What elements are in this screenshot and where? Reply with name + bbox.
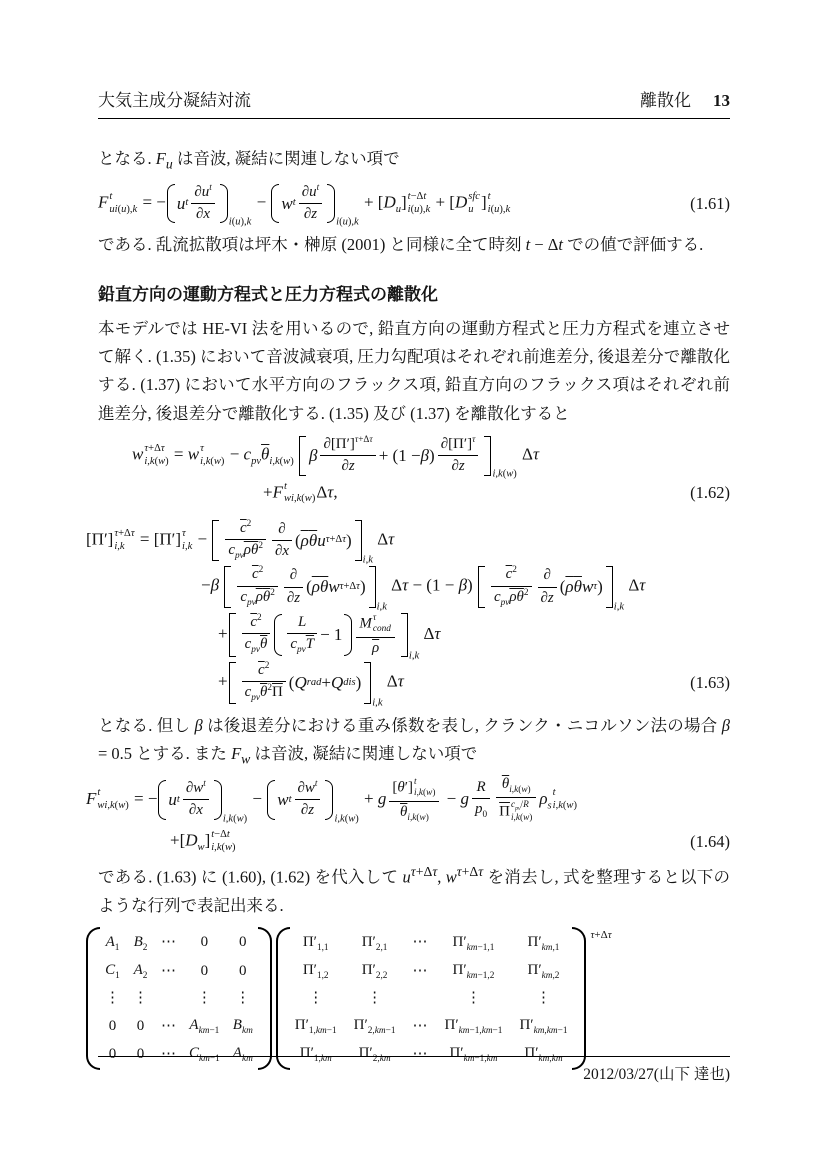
matrix-left-paren [86, 927, 100, 1071]
matrix-cell: ⋮ [536, 989, 551, 1008]
matrix-cell: ⋯ [413, 1017, 428, 1036]
equation-1-61-number: (1.61) [690, 194, 730, 214]
matrix-cell: ⋮ [105, 989, 120, 1008]
matrix-cell: A1 [106, 933, 120, 953]
coefficient-matrix-grid: A1B2⋯00C1A2⋯00⋮⋮⋮⋮00⋯Akm−1Bkm00⋯Ckm−1Akm [103, 927, 255, 1071]
section-heading: 鉛直方向の運動方程式と圧力方程式の離散化 [98, 280, 730, 305]
matrix-cell: ⋮ [466, 989, 481, 1008]
header-document-title: 大気主成分凝結対流 [98, 86, 251, 111]
matrix-cell: Π′2,km−1 [354, 1016, 396, 1036]
matrix-cell: ⋮ [235, 989, 250, 1008]
paragraph-beta-note: となる. 但し β は後退差分における重み係数を表し, クランク・ニコルソン法の… [98, 712, 730, 771]
equation-1-62-line2: +Ftwi,k(w)Δτ, [263, 481, 338, 506]
header-page-number: 13 [713, 91, 730, 111]
matrix-cell: ⋮ [133, 989, 148, 1008]
equation-1-64-number: (1.64) [690, 832, 730, 852]
matrix-cell: Π′km−1,1 [453, 933, 495, 953]
matrix-cell: Bkm [233, 1016, 253, 1036]
equation-1-64-line2: +[Dw]t−Δti,k(w) [170, 829, 237, 854]
equation-1-63-line2: −β c2cpvρθ2∂∂z(ρθwτ+Δτ)i,k Δτ − (1 − β) … [201, 566, 645, 607]
matrix-cell: ⋯ [161, 1017, 176, 1036]
equation-1-63: [Π′]τ+Δτi,k = [Π′]τi,k − c2cpvρθ2∂∂x(ρθu… [98, 520, 730, 704]
paragraph-matrix-intro: である. (1.63) に (1.60), (1.62) を代入して uτ+Δτ… [98, 860, 730, 920]
matrix-cell: Π′2,2 [362, 961, 388, 981]
equation-1-63-number: (1.63) [690, 673, 730, 693]
matrix-cell: ⋯ [413, 962, 428, 981]
matrix-cell: Π′km−1,km−1 [445, 1016, 503, 1036]
matrix-cell: ⋮ [308, 989, 323, 1008]
coefficient-matrix: A1B2⋯00C1A2⋯00⋮⋮⋮⋮00⋯Akm−1Bkm00⋯Ckm−1Akm [86, 927, 272, 1071]
paragraph-intro-fu: となる. Fu は音波, 凝結に関連しない項で [98, 145, 730, 176]
pi-matrix-right-paren [572, 927, 586, 1071]
equation-1-64: Ftwi,k(w) = −ut∂wt∂xi,k(w) − wt∂wt∂zi,k(… [98, 776, 730, 854]
matrix-cell: 0 [137, 1017, 145, 1036]
matrix-cell: C1 [105, 961, 120, 981]
matrix-cell: ⋮ [197, 989, 212, 1008]
equation-1-64-line1: Ftwi,k(w) = −ut∂wt∂xi,k(w) − wt∂wt∂zi,k(… [86, 776, 578, 824]
matrix-cell: 0 [201, 962, 209, 981]
header-right-group: 離散化 13 [640, 86, 730, 111]
matrix-cell: Π′km,1 [527, 933, 559, 953]
pi-matrix-left-paren [276, 927, 290, 1071]
matrix-cell: 0 [239, 962, 247, 981]
header-section-label: 離散化 [640, 86, 691, 111]
equation-1-63-line3: +c2cpvθLcpvT − 1 Mτcondρi,k Δτ [218, 613, 441, 657]
matrix-equation: A1B2⋯00C1A2⋯00⋮⋮⋮⋮00⋯Akm−1Bkm00⋯Ckm−1Akm… [86, 927, 730, 1071]
matrix-cell: ⋯ [161, 962, 176, 981]
matrix-cell: Π′1,1 [303, 933, 329, 953]
footer-date-author: 2012/03/27(山下 達也) [583, 1066, 730, 1083]
matrix-cell: 0 [201, 933, 209, 952]
page-footer: 2012/03/27(山下 達也) [98, 1056, 730, 1084]
equation-1-63-line1: [Π′]τ+Δτi,k = [Π′]τi,k − c2cpvρθ2∂∂x(ρθu… [86, 520, 394, 561]
equation-1-61-body: Ftui(u),k = −ut∂ut∂xi(u),k − wt∂ut∂zi(u)… [98, 184, 511, 223]
equation-1-62: wτ+Δτi,k(w) = wτi,k(w) − cpvθi,k(w) β∂[Π… [98, 436, 730, 506]
matrix-cell: Π′km−1,2 [453, 961, 495, 981]
paragraph-diffusion-note: である. 乱流拡散項は坪木・榊原 (2001) と同様に全て時刻 t − Δt … [98, 231, 730, 259]
matrix-cell: Π′1,km−1 [295, 1016, 337, 1036]
matrix-superscript: τ+Δτ [590, 929, 611, 943]
matrix-cell: 0 [109, 1017, 117, 1036]
matrix-cell: Π′1,2 [303, 961, 329, 981]
matrix-cell: 0 [239, 933, 247, 952]
matrix-right-paren [258, 927, 272, 1071]
matrix-cell: ⋯ [161, 933, 176, 952]
matrix-cell: Π′km,km−1 [519, 1016, 567, 1036]
matrix-cell: ⋯ [413, 933, 428, 952]
matrix-cell: ⋮ [367, 989, 382, 1008]
pi-matrix: Π′1,1Π′2,1⋯Π′km−1,1Π′km,1Π′1,2Π′2,2⋯Π′km… [276, 927, 587, 1071]
equation-1-63-line4: +c2cpvθ2Π(Qrad + Qdis)i,k Δτ [218, 662, 404, 703]
matrix-cell: B2 [134, 933, 148, 953]
matrix-cell: A2 [134, 961, 148, 981]
matrix-cell: Π′km,2 [527, 961, 559, 981]
matrix-cell: Akm−1 [189, 1016, 219, 1036]
matrix-cell: Π′2,1 [362, 933, 388, 953]
pi-matrix-grid: Π′1,1Π′2,1⋯Π′km−1,1Π′km,1Π′1,2Π′2,2⋯Π′km… [293, 927, 570, 1071]
paragraph-hevi: 本モデルでは HE-VI 法を用いるので, 鉛直方向の運動方程式と圧力方程式を連… [98, 315, 730, 429]
page-header: 大気主成分凝結対流 離散化 13 [98, 86, 730, 119]
equation-1-61: Ftui(u),k = −ut∂ut∂xi(u),k − wt∂ut∂zi(u)… [98, 184, 730, 223]
equation-1-62-line1: wτ+Δτi,k(w) = wτi,k(w) − cpvθi,k(w) β∂[Π… [132, 436, 539, 475]
document-page: 大気主成分凝結対流 離散化 13 となる. Fu は音波, 凝結に関連しない項で… [0, 0, 826, 1169]
equation-1-62-number: (1.62) [690, 483, 730, 503]
